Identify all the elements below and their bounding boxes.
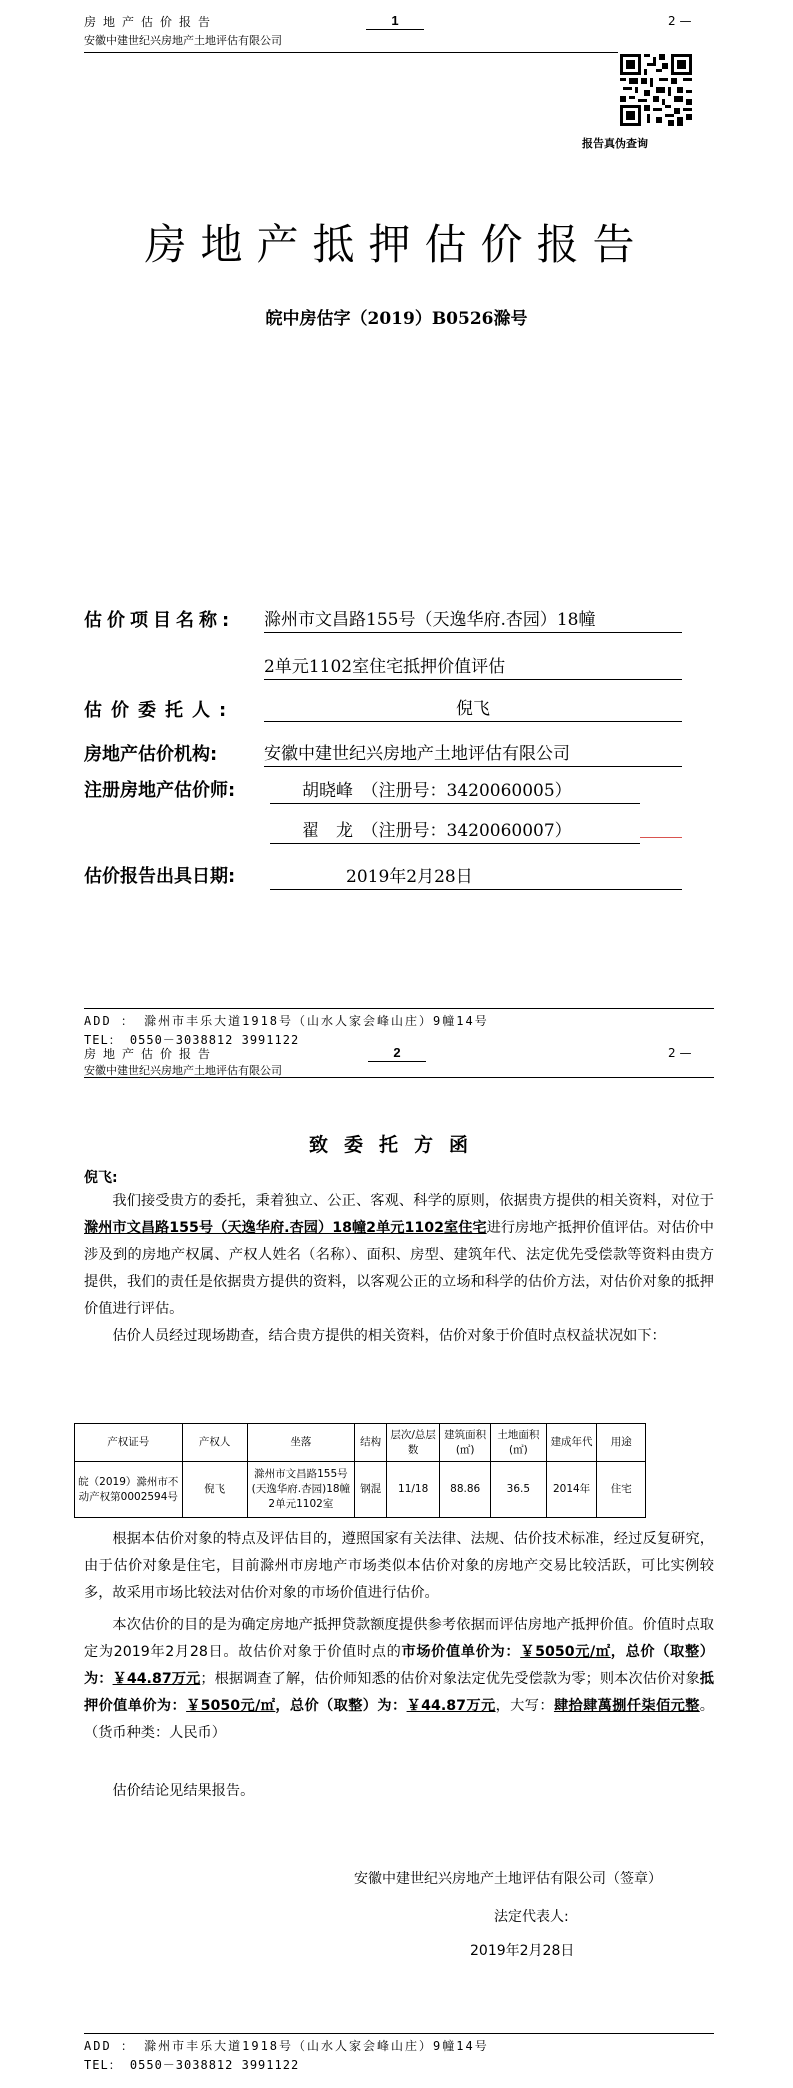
owner-cell: 倪飞 (182, 1462, 247, 1518)
table-header: 产权人 (182, 1424, 247, 1462)
agency-label: 房地产估价机构: (84, 740, 217, 766)
property-address-highlight: 滁州市文昌路155号（天逸华府.杏园）18幢2单元1102室住宅 (84, 1220, 487, 1236)
client-value: 倪飞 (264, 694, 682, 722)
qr-code-icon[interactable] (620, 54, 692, 126)
date-label: 估价报告出具日期: (84, 862, 235, 888)
usage-cell: 住宅 (597, 1462, 646, 1518)
page-total: 2 — (668, 1046, 691, 1060)
paragraph-5: 估价结论见结果报告。 (84, 1778, 714, 1805)
project-name-value-line2: 2单元1102室住宅抵押价值评估 (264, 652, 682, 680)
footer-rule (84, 1008, 714, 1009)
amount-in-words: 肆拾肆萬捌仟柒佰元整 (554, 1698, 700, 1714)
paragraph-3: 根据本估价对象的特点及评估目的，遵照国家有关法律、法规、估价技术标准，经过反复研… (84, 1526, 714, 1607)
signature-company: 安徽中建世纪兴房地产土地评估有限公司（签章） (354, 1868, 662, 1888)
location-cell: 滁州市文昌路155号(天逸华府.杏园)18幢2单元1102室 (247, 1462, 355, 1518)
footer-address: ADD ： 滁州市丰乐大道1918号（山水人家会峰山庄）9幢14号 (84, 2037, 489, 2054)
header-rule (84, 52, 618, 53)
land-area-cell: 36.5 (491, 1462, 547, 1518)
market-unit-price: ￥5050元/㎡ (520, 1644, 611, 1660)
structure-cell: 钢混 (355, 1462, 387, 1518)
table-row: 皖（2019）滁州市不动产权第0002594号 倪飞 滁州市文昌路155号(天逸… (75, 1462, 646, 1518)
year-built-cell: 2014年 (546, 1462, 597, 1518)
document-number: 皖中房估字（2019）B0526滁号 (0, 304, 793, 329)
red-underline-mark (640, 837, 682, 838)
signature-date: 2019年2月28日 (470, 1940, 574, 1960)
page-number: 1 (366, 13, 424, 30)
building-area-cell: 88.86 (440, 1462, 491, 1518)
header-title: 房地产估价报告 (84, 13, 217, 30)
letter-title: 致委托方函 (0, 1130, 793, 1157)
header-company: 安徽中建世纪兴房地产土地评估有限公司 (84, 1062, 282, 1078)
agency-value: 安徽中建世纪兴房地产土地评估有限公司 (264, 739, 682, 767)
footer-address: ADD ： 滁州市丰乐大道1918号（山水人家会峰山庄）9幢14号 (84, 1012, 489, 1029)
paragraph-1: 我们接受贵方的委托，秉着独立、公正、客观、科学的原则，依据贵方提供的相关资料，对… (84, 1188, 714, 1323)
market-total-price: ￥44.87万元 (113, 1671, 201, 1687)
paragraph-2: 估价人员经过现场勘查，结合贵方提供的相关资料，估价对象于价值时点权益状况如下： (84, 1323, 714, 1350)
mortgage-unit-price: ￥5050元/㎡ (186, 1698, 275, 1714)
table-header: 层次/总层数 (387, 1424, 440, 1462)
table-header: 土地面积(㎡) (491, 1424, 547, 1462)
table-header: 建成年代 (546, 1424, 597, 1462)
header-title: 房地产估价报告 (84, 1045, 217, 1062)
footer-tel: TEL： 0550－3038812 3991122 (84, 2056, 299, 2073)
property-rights-table: 产权证号 产权人 坐落 结构 层次/总层数 建筑面积(㎡) 土地面积(㎡) 建成… (74, 1423, 646, 1518)
project-name-label: 估价项目名称: (84, 606, 234, 632)
footer-rule (84, 2033, 714, 2034)
page-total: 2 — (668, 14, 691, 28)
table-header: 结构 (355, 1424, 387, 1462)
page-number: 2 (368, 1045, 426, 1062)
salutation: 倪飞: (84, 1167, 118, 1187)
appraiser-2: 翟 龙 （注册号：3420060007） (270, 816, 640, 844)
date-value: 2019年2月28日 (270, 862, 682, 890)
floor-cell: 11/18 (387, 1462, 440, 1518)
client-label: 估价委托人: (84, 696, 235, 722)
main-title: 房地产抵押估价报告 (0, 212, 793, 272)
header-company: 安徽中建世纪兴房地产土地评估有限公司 (84, 32, 282, 48)
appraiser-1: 胡晓峰 （注册号：3420060005） (270, 776, 640, 804)
table-header: 用途 (597, 1424, 646, 1462)
table-header: 建筑面积(㎡) (440, 1424, 491, 1462)
table-header: 产权证号 (75, 1424, 183, 1462)
table-header-row: 产权证号 产权人 坐落 结构 层次/总层数 建筑面积(㎡) 土地面积(㎡) 建成… (75, 1424, 646, 1462)
table-header: 坐落 (247, 1424, 355, 1462)
cert-number-cell: 皖（2019）滁州市不动产权第0002594号 (75, 1462, 183, 1518)
appraiser-label: 注册房地产估价师: (84, 776, 235, 802)
header-rule (84, 1077, 714, 1078)
project-name-value-line1: 滁州市文昌路155号（天逸华府.杏园）18幢 (264, 605, 682, 633)
signature-legal-rep: 法定代表人: (494, 1906, 569, 1926)
qr-label: 报告真伪查询 (582, 135, 648, 151)
paragraph-4: 本次估价的目的是为确定房地产抵押贷款额度提供参考依据而评估房地产抵押价值。价值时… (84, 1612, 714, 1747)
mortgage-total-price: ￥44.87万元 (407, 1698, 496, 1714)
